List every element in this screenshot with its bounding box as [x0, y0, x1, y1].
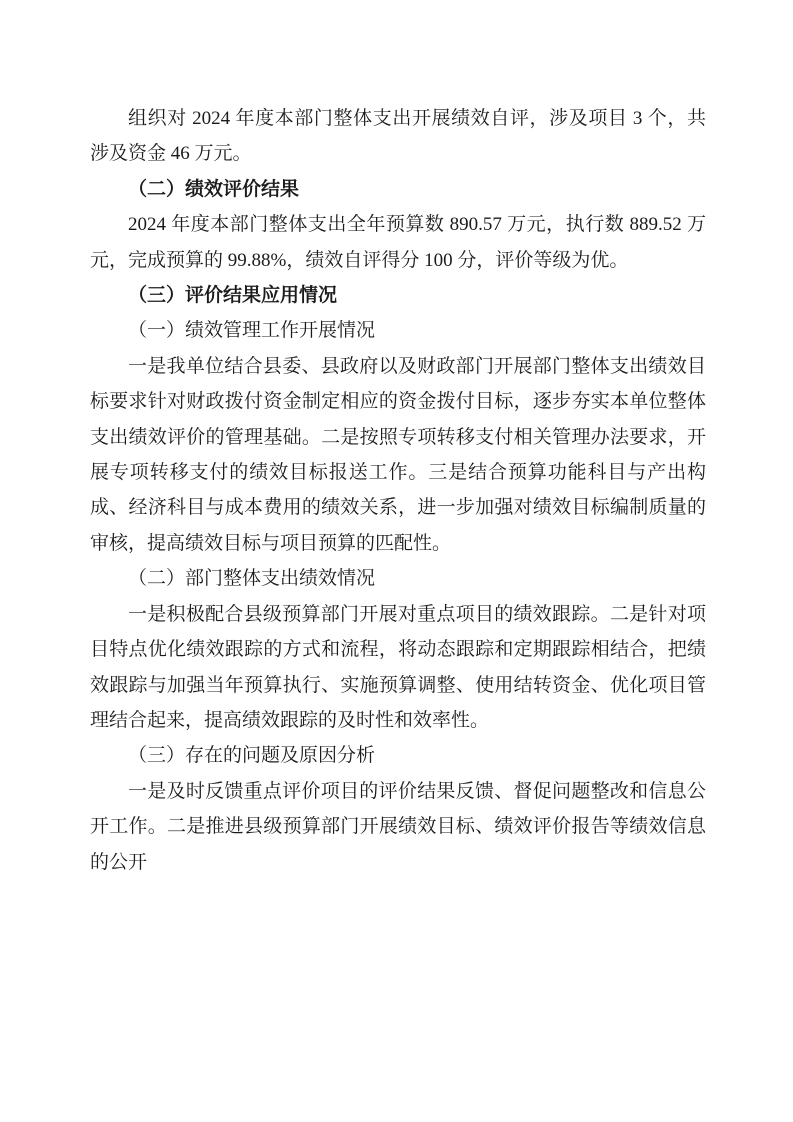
body-paragraph: 组织对 2024 年度本部门整体支出开展绩效自评，涉及项目 3 个，共涉及资金 … — [90, 101, 706, 172]
body-paragraph: 2024 年度本部门整体支出全年预算数 890.57 万元，执行数 889.52… — [90, 207, 706, 278]
section-heading-performance-evaluation-result: （二）绩效评价结果 — [90, 172, 706, 207]
body-paragraph: 一是积极配合县级预算部门开展对重点项目的绩效跟踪。二是针对项目特点优化绩效跟踪的… — [90, 597, 706, 739]
sub-heading-performance-management-work: （一）绩效管理工作开展情况 — [90, 313, 706, 348]
sub-heading-department-overall-expenditure: （二）部门整体支出绩效情况 — [90, 561, 706, 596]
document-body: 组织对 2024 年度本部门整体支出开展绩效自评，涉及项目 3 个，共涉及资金 … — [90, 101, 706, 880]
document-page: 组织对 2024 年度本部门整体支出开展绩效自评，涉及项目 3 个，共涉及资金 … — [0, 0, 793, 1122]
section-heading-result-application: （三）评价结果应用情况 — [90, 278, 706, 313]
sub-heading-problems-and-cause-analysis: （三）存在的问题及原因分析 — [90, 738, 706, 773]
body-paragraph: 一是我单位结合县委、县政府以及财政部门开展部门整体支出绩效目标要求针对财政拨付资… — [90, 349, 706, 561]
body-paragraph: 一是及时反馈重点评价项目的评价结果反馈、督促问题整改和信息公开工作。二是推进县级… — [90, 774, 706, 880]
